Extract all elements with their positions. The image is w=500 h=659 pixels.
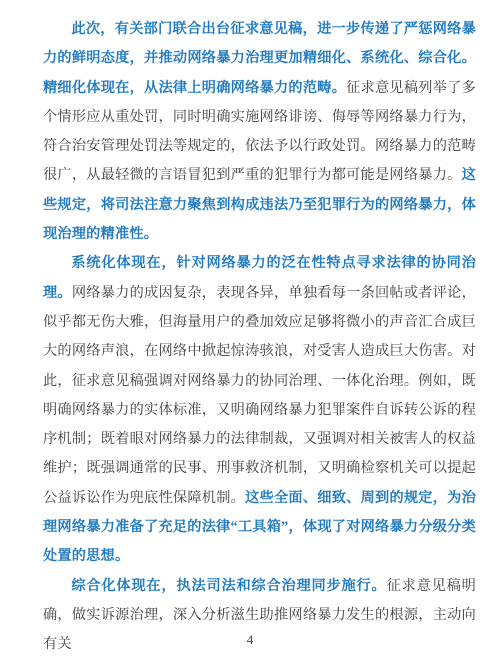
document-text: 此次，有关部门联合出台征求意见稿，进一步传递了严惩网络暴力的鲜明态度，并推动网络…	[43, 15, 476, 659]
page-number: 4	[0, 632, 500, 648]
paragraph: 系统化体现在，针对网络暴力的泛在性特点寻求法律的协同治理。网络暴力的成因复杂，表…	[43, 249, 476, 571]
paragraph: 此次，有关部门联合出台征求意见稿，进一步传递了严惩网络暴力的鲜明态度，并推动网络…	[43, 15, 476, 249]
emphasis-text-run: 综合化体现在，执法司法和综合治理同步施行。	[71, 578, 386, 594]
text-run: 网络暴力的成因复杂，表现各异，单独看每一条回帖或者评论，似乎都无伤大雅，但海量用…	[43, 285, 476, 506]
document-page: 此次，有关部门联合出台征求意见稿，进一步传递了严惩网络暴力的鲜明态度，并推动网络…	[0, 0, 500, 659]
